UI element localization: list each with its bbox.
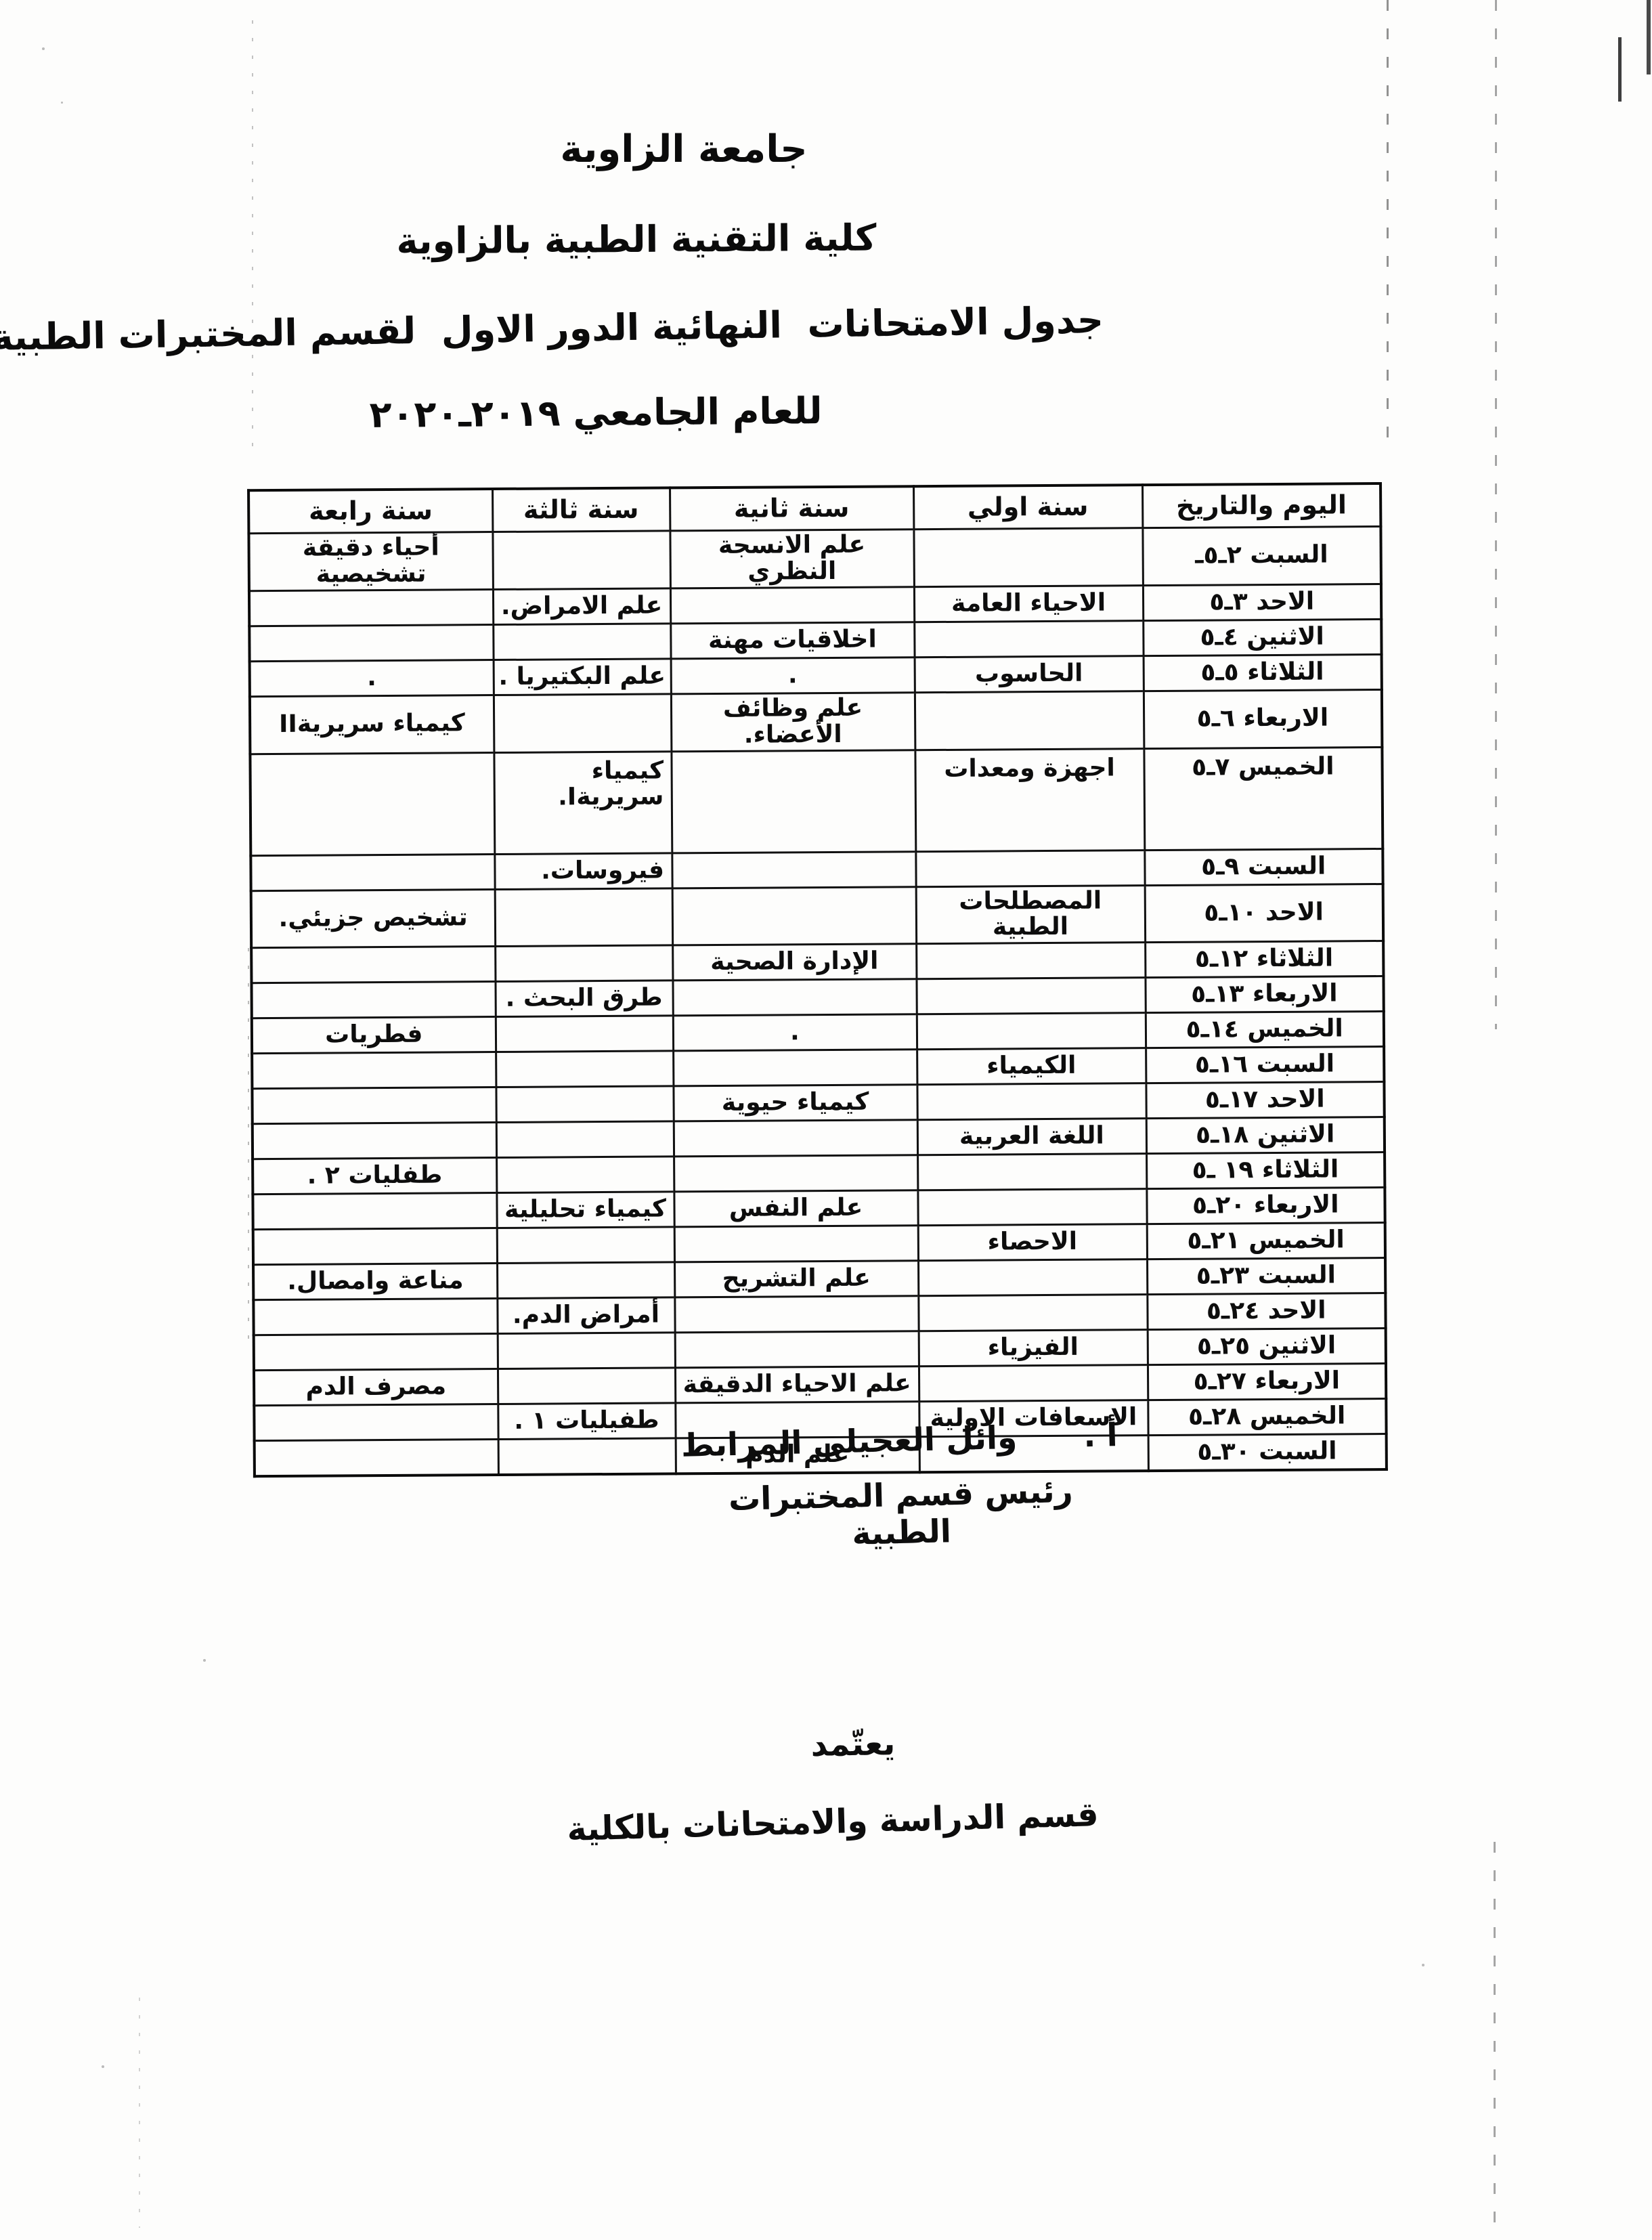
cell-year2: علم النفس	[674, 1190, 917, 1227]
cell-year4	[254, 1334, 498, 1371]
cell-year2	[673, 1050, 917, 1086]
cell-year3	[497, 1227, 674, 1264]
cell-year1: الاحصاء	[918, 1224, 1147, 1261]
exam-schedule-table-wrap: اليوم والتاريخ سنة اولي سنة ثانية سنة ثا…	[247, 482, 1388, 1478]
cell-day-date: الخميس ٢٨ـ٥	[1148, 1399, 1386, 1436]
cell-year2: .	[671, 657, 915, 693]
cell-year2: علم التشريح	[674, 1261, 918, 1297]
cell-year1	[917, 1013, 1146, 1050]
scan-artifact-line	[252, 20, 253, 460]
cell-year2	[674, 1296, 918, 1333]
cell-year4: .	[250, 660, 494, 696]
academic-year-title: للعام الجامعي ٢٠١٩ـ٢٠٢٠	[332, 389, 861, 437]
cell-day-date: الاربعاء ٦ـ٥	[1144, 689, 1383, 748]
cell-year1: الاحياء العامة	[914, 585, 1143, 622]
cell-year4: تشخيص جزيئي.	[251, 889, 496, 948]
cell-year4	[254, 1404, 498, 1441]
cell-year3: علم البكتيريا .	[494, 659, 671, 695]
cell-year4	[251, 854, 494, 890]
cell-year2: علم وظائف الأعضاء.	[671, 692, 915, 751]
cell-year2	[672, 886, 917, 945]
cell-year4	[249, 589, 493, 626]
cell-year4: مصرف الدم	[254, 1369, 498, 1406]
cell-year4: طفليات ٢ .	[253, 1158, 496, 1194]
cell-year1	[917, 1189, 1146, 1226]
college-title: كلية التقنية الطبية بالزاوية	[366, 216, 907, 263]
cell-year1: الفيزياء	[919, 1330, 1148, 1366]
cell-year2	[674, 1226, 918, 1262]
cell-year3	[496, 1121, 674, 1158]
cell-day-date: الثلاثاء ١٩ ـ٥	[1146, 1153, 1385, 1189]
cell-year3	[496, 1086, 673, 1123]
cell-day-date: السبت ٣٠ـ٥	[1148, 1434, 1387, 1471]
scan-artifact-line	[1495, 0, 1497, 1029]
table-row: الاحد ١٠ـ٥المصطلحات الطبيةتشخيص جزيئي.	[251, 884, 1383, 948]
cell-year1	[917, 1083, 1146, 1120]
cell-year1	[917, 1154, 1146, 1190]
cell-year1	[916, 943, 1145, 979]
cell-year4	[250, 752, 494, 855]
cell-year1	[918, 1295, 1147, 1331]
cell-year2: .	[673, 1014, 917, 1051]
cell-day-date: الاربعاء ٢٠ـ٥	[1146, 1188, 1385, 1224]
cell-day-date: الثلاثاء ١٢ـ٥	[1145, 941, 1383, 978]
cell-year4	[255, 1440, 498, 1476]
scan-artifact-line	[1387, 0, 1389, 447]
cell-year4	[251, 982, 495, 1018]
cell-year1	[915, 850, 1144, 886]
cell-year4: مناعة وامصال.	[253, 1264, 497, 1300]
cell-year3	[497, 1262, 674, 1299]
cell-year4: كيمياء سريريةII	[250, 695, 494, 754]
cell-year4	[253, 1299, 497, 1335]
cell-year2	[675, 1331, 919, 1368]
cell-year1	[918, 1259, 1147, 1296]
cell-year3: أمراض الدم.	[497, 1297, 674, 1334]
header-year4: سنة رابعة	[248, 489, 492, 534]
cell-year4	[251, 947, 495, 983]
cell-year4	[249, 624, 493, 661]
cell-day-date: الاثنين ١٨ـ٥	[1146, 1117, 1385, 1154]
cell-year2	[670, 586, 914, 623]
scan-artifact-line	[139, 1998, 140, 2228]
cell-day-date: الاربعاء ٢٧ـ٥	[1148, 1364, 1386, 1400]
signature-title: رئيس قسم المختبرات الطبية	[677, 1471, 1125, 1557]
signature-block: أ . وائل العجيلي المرابط رئيس قسم المختب…	[676, 1417, 1125, 1557]
cell-year3	[498, 1368, 675, 1404]
table-row: الخميس ٧ـ٥اجهزة ومعداتكيمياء سريريةI.	[250, 747, 1383, 855]
cell-day-date: الاحد ١٧ـ٥	[1146, 1082, 1384, 1119]
cell-day-date: الاثنين ٢٥ـ٥	[1148, 1329, 1386, 1365]
header-year1: سنة اولي	[913, 485, 1142, 530]
cell-year2	[672, 979, 916, 1016]
scan-speck	[61, 102, 63, 104]
cell-year3	[495, 945, 672, 982]
cell-year2: اخلاقيات مهنة	[670, 622, 914, 658]
exam-schedule-table: اليوم والتاريخ سنة اولي سنة ثانية سنة ثا…	[247, 482, 1388, 1478]
cell-year1: اللغة العربية	[917, 1119, 1146, 1155]
cell-year3	[498, 1333, 675, 1369]
approval-word: يعتّمد	[738, 1724, 969, 1765]
header-year3: سنة ثالثة	[492, 488, 670, 532]
cell-year3	[492, 531, 670, 589]
cell-day-date: السبت ٩ـ٥	[1144, 848, 1383, 885]
cell-year1	[919, 1365, 1148, 1402]
cell-year4: أحياء دقيقة تشخيصية	[248, 532, 493, 591]
scan-speck	[42, 47, 45, 50]
cell-year2	[674, 1120, 917, 1157]
table-row: السبت ٢ـ٥ـعلم الانسجة النظريأحياء دقيقة …	[248, 527, 1381, 591]
cell-year2: علم الانسجة النظري	[670, 530, 914, 588]
cell-day-date: الخميس ٧ـ٥	[1144, 747, 1383, 850]
cell-year2: علم الاحياء الدقيقة	[675, 1366, 919, 1403]
cell-year3: طرق البحث .	[495, 981, 672, 1017]
cell-year4	[252, 1052, 496, 1089]
scan-speck	[102, 2065, 104, 2068]
cell-year2: كيمياء حيوية	[673, 1085, 917, 1121]
cell-day-date: السبت ١٦ـ٥	[1146, 1047, 1384, 1083]
cell-day-date: الاربعاء ١٣ـ٥	[1145, 976, 1383, 1013]
header-day-date: اليوم والتاريخ	[1142, 483, 1381, 528]
cell-year1	[915, 691, 1144, 750]
cell-year3	[496, 1016, 673, 1052]
cell-year3	[494, 694, 672, 752]
approval-department: قسم الدراسة والامتحانات بالكلية	[548, 1794, 1117, 1849]
cell-year3	[498, 1438, 676, 1475]
cell-year3	[495, 888, 673, 946]
cell-day-date: السبت ٢ـ٥ـ	[1142, 527, 1381, 586]
cell-day-date: الثلاثاء ٥ـ٥	[1144, 654, 1382, 691]
cell-year1: الحاسوب	[915, 655, 1144, 692]
cell-year4: فطريات	[252, 1017, 496, 1054]
cell-year1: اجهزة ومعدات	[915, 748, 1144, 851]
cell-day-date: السبت ٢٣ـ٥	[1147, 1258, 1385, 1295]
cell-year1	[916, 978, 1145, 1014]
cell-day-date: الخميس ١٤ـ٥	[1146, 1012, 1384, 1048]
cell-year2	[674, 1155, 917, 1192]
cell-year2	[671, 750, 915, 853]
cell-day-date: الاحد ١٠ـ٥	[1145, 884, 1384, 943]
cell-year3: علم الامراض.	[493, 588, 670, 625]
cell-year3: طفيليات ١ .	[498, 1403, 675, 1440]
cell-year4	[252, 1087, 496, 1124]
university-title: جامعة الزاوية	[474, 127, 894, 171]
table-row: الاربعاء ٦ـ٥علم وظائف الأعضاء.كيمياء سري…	[250, 689, 1382, 754]
cell-year4	[253, 1193, 496, 1230]
cell-day-date: الخميس ٢١ـ٥	[1147, 1223, 1385, 1259]
cell-year3	[496, 1051, 673, 1087]
cell-year1: الكيمياء	[917, 1048, 1146, 1085]
cell-year4	[253, 1228, 497, 1265]
cell-year1: المصطلحات الطبية	[916, 885, 1146, 944]
scan-speck	[203, 1659, 206, 1662]
scan-artifact-line	[248, 948, 249, 1348]
cell-year2	[672, 851, 915, 888]
schedule-title: جدول الامتحانات النهائية الدور الاول لقس…	[156, 299, 1104, 356]
cell-year3	[496, 1157, 674, 1193]
cell-year2: الإدارة الصحية	[672, 944, 916, 981]
scanned-document-page: جامعة الزاوية كلية التقنية الطبية بالزاو…	[0, 0, 1652, 2240]
scan-artifact-line	[1618, 37, 1622, 102]
cell-year3: فيروسات.	[494, 853, 672, 889]
scan-speck	[1422, 1964, 1425, 1966]
header-year2: سنة ثانية	[670, 486, 913, 531]
scan-artifact-line	[1494, 1842, 1496, 2240]
cell-year3	[493, 624, 670, 660]
cell-day-date: الاحد ٢٤ـ٥	[1147, 1293, 1385, 1330]
cell-year1	[913, 528, 1143, 587]
scan-artifact-line	[1647, 0, 1651, 74]
cell-year3: كيمياء سريريةI.	[494, 751, 672, 854]
cell-year3: كيمياء تحليلية	[496, 1192, 674, 1228]
table-header-row: اليوم والتاريخ سنة اولي سنة ثانية سنة ثا…	[248, 483, 1381, 534]
cell-year1	[914, 620, 1143, 657]
cell-day-date: الاثنين ٤ـ٥	[1143, 619, 1381, 655]
cell-year4	[253, 1123, 496, 1159]
cell-day-date: الاحد ٣ـ٥	[1143, 584, 1381, 620]
